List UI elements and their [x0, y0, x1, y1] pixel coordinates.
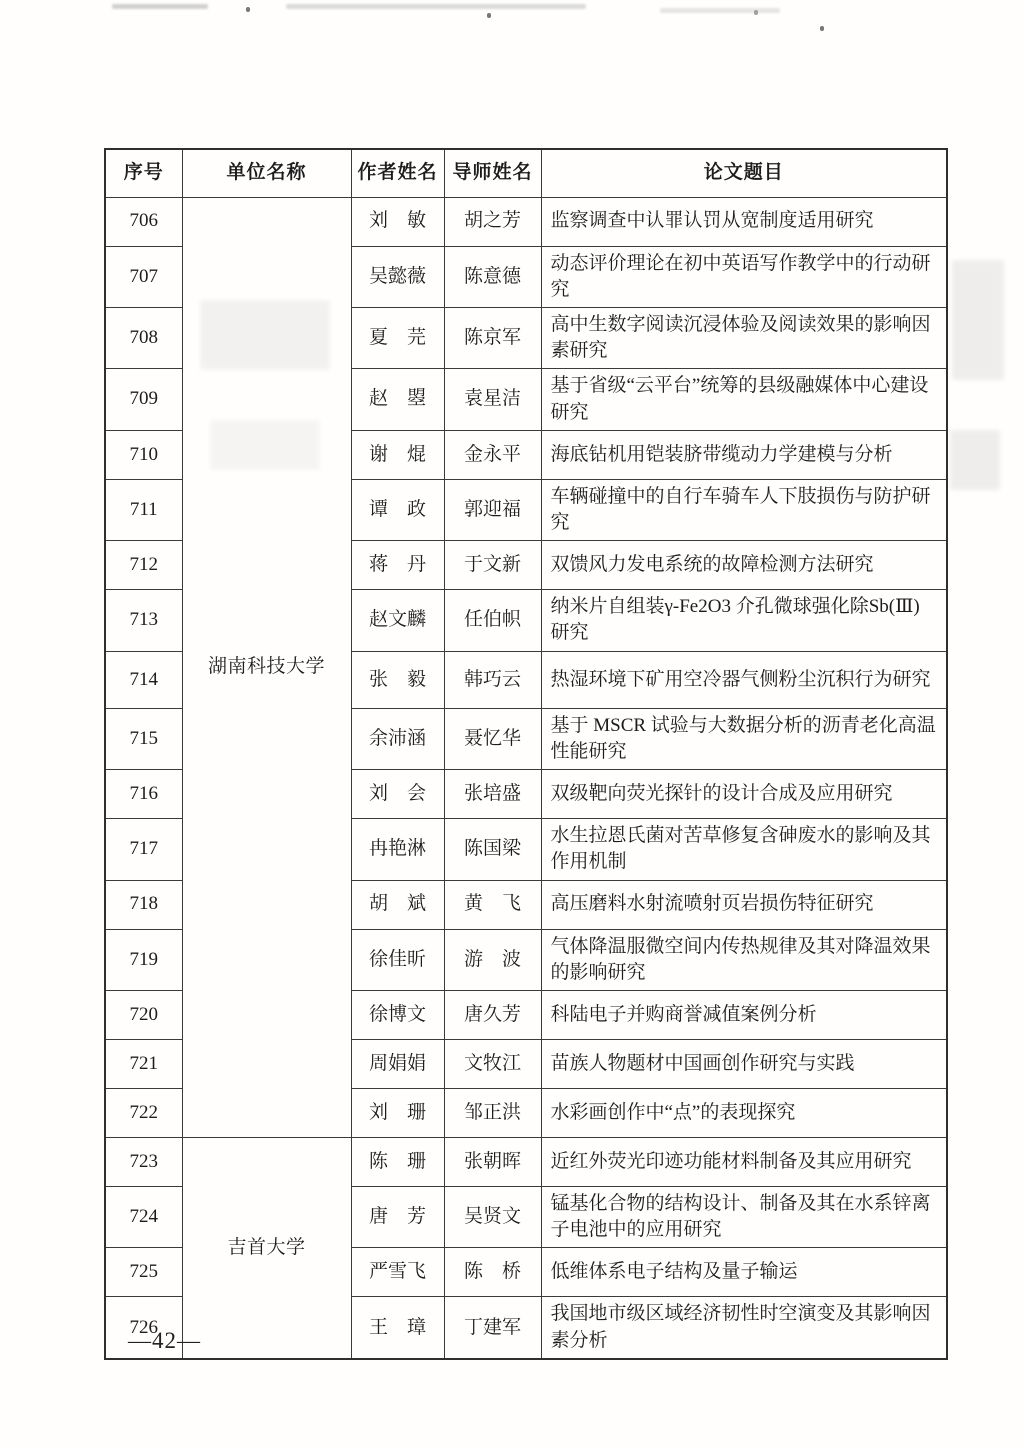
title-cell: 热湿环境下矿用空冷器气侧粉尘沉积行为研究	[541, 651, 947, 708]
author-cell: 张 毅	[351, 651, 444, 708]
advisor-cell: 黄 飞	[444, 880, 541, 929]
author-cell: 刘 敏	[351, 197, 444, 246]
author-cell: 夏 芫	[351, 307, 444, 368]
advisor-cell: 吴贤文	[444, 1187, 541, 1248]
advisor-cell: 袁星洁	[444, 369, 541, 430]
title-cell: 气体降温服微空间内传热规律及其对降温效果的影响研究	[541, 929, 947, 990]
row-number-cell: 721	[105, 1040, 182, 1089]
row-number-cell: 720	[105, 991, 182, 1040]
advisor-cell: 胡之芳	[444, 197, 541, 246]
row-number-cell: 715	[105, 708, 182, 769]
row-number-cell: 713	[105, 590, 182, 651]
title-cell: 苗族人物题材中国画创作研究与实践	[541, 1040, 947, 1089]
scanned-document-page: 序号 单位名称 作者姓名 导师姓名 论文题目 706 湖南科技大学 刘 敏 胡之…	[0, 0, 1024, 1448]
author-cell: 陈 珊	[351, 1138, 444, 1187]
row-number-cell: 707	[105, 246, 182, 307]
row-number-cell: 722	[105, 1089, 182, 1138]
scan-dot	[754, 10, 758, 15]
title-cell: 低维体系电子结构及量子输运	[541, 1248, 947, 1297]
row-number-cell: 725	[105, 1248, 182, 1297]
row-number-cell: 708	[105, 307, 182, 368]
author-cell: 谢 焜	[351, 430, 444, 479]
row-number-cell: 706	[105, 197, 182, 246]
row-number-cell: 714	[105, 651, 182, 708]
scan-dot	[246, 7, 250, 12]
author-cell: 刘 珊	[351, 1089, 444, 1138]
title-cell: 监察调查中认罪认罚从宽制度适用研究	[541, 197, 947, 246]
author-cell: 刘 会	[351, 770, 444, 819]
author-cell: 余沛涵	[351, 708, 444, 769]
advisor-cell: 金永平	[444, 430, 541, 479]
advisor-cell: 邹正洪	[444, 1089, 541, 1138]
row-number-cell: 709	[105, 369, 182, 430]
advisor-cell: 陈京军	[444, 307, 541, 368]
advisor-cell: 于文新	[444, 541, 541, 590]
advisor-cell: 陈国梁	[444, 819, 541, 880]
scan-smear	[286, 4, 586, 9]
title-cell: 基于省级“云平台”统筹的县级融媒体中心建设研究	[541, 369, 947, 430]
page-number: —42—	[128, 1328, 201, 1354]
advisor-cell: 陈意德	[444, 246, 541, 307]
advisor-cell: 任伯帜	[444, 590, 541, 651]
title-cell: 高压磨料水射流喷射页岩损伤特征研究	[541, 880, 947, 929]
advisor-cell: 张朝晖	[444, 1138, 541, 1187]
header-author: 作者姓名	[351, 149, 444, 197]
row-number-cell: 718	[105, 880, 182, 929]
row-number-cell: 724	[105, 1187, 182, 1248]
advisor-cell: 韩巧云	[444, 651, 541, 708]
author-cell: 蒋 丹	[351, 541, 444, 590]
title-cell: 锰基化合物的结构设计、制备及其在水系锌离子电池中的应用研究	[541, 1187, 947, 1248]
author-cell: 赵 曌	[351, 369, 444, 430]
title-cell: 纳米片自组装γ-Fe2O3 介孔微球强化除Sb(Ⅲ)研究	[541, 590, 947, 651]
advisor-cell: 丁建军	[444, 1297, 541, 1359]
header-no: 序号	[105, 149, 182, 197]
bleedthrough-ghost	[952, 260, 1004, 380]
row-number-cell: 711	[105, 479, 182, 540]
title-cell: 高中生数字阅读沉浸体验及阅读效果的影响因素研究	[541, 307, 947, 368]
header-advisor: 导师姓名	[444, 149, 541, 197]
title-cell: 我国地市级区域经济韧性时空演变及其影响因素分析	[541, 1297, 947, 1359]
title-cell: 水生拉恩氏菌对苦草修复含砷废水的影响及其作用机制	[541, 819, 947, 880]
advisor-cell: 聂忆华	[444, 708, 541, 769]
advisor-cell: 张培盛	[444, 770, 541, 819]
author-cell: 徐博文	[351, 991, 444, 1040]
author-cell: 吴懿薇	[351, 246, 444, 307]
advisor-cell: 陈 桥	[444, 1248, 541, 1297]
title-cell: 双级靶向荧光探针的设计合成及应用研究	[541, 770, 947, 819]
scan-smear	[112, 4, 208, 9]
title-cell: 双馈风力发电系统的故障检测方法研究	[541, 541, 947, 590]
author-cell: 冉艳淋	[351, 819, 444, 880]
title-cell: 基于 MSCR 试验与大数据分析的沥青老化高温性能研究	[541, 708, 947, 769]
table-row: 706 湖南科技大学 刘 敏 胡之芳 监察调查中认罪认罚从宽制度适用研究	[105, 197, 947, 246]
header-title: 论文题目	[541, 149, 947, 197]
row-number-cell: 716	[105, 770, 182, 819]
unit-cell-hnust: 湖南科技大学	[182, 197, 351, 1138]
table-header-row: 序号 单位名称 作者姓名 导师姓名 论文题目	[105, 149, 947, 197]
scan-smear	[660, 8, 780, 13]
author-cell: 胡 斌	[351, 880, 444, 929]
thesis-table: 序号 单位名称 作者姓名 导师姓名 论文题目 706 湖南科技大学 刘 敏 胡之…	[104, 148, 948, 1360]
author-cell: 赵文麟	[351, 590, 444, 651]
title-cell: 动态评价理论在初中英语写作教学中的行动研究	[541, 246, 947, 307]
title-cell: 水彩画创作中“点”的表现探究	[541, 1089, 947, 1138]
author-cell: 周娟娟	[351, 1040, 444, 1089]
bleedthrough-ghost	[950, 430, 1000, 490]
scan-dot	[487, 13, 491, 18]
row-number-cell: 710	[105, 430, 182, 479]
advisor-cell: 游 波	[444, 929, 541, 990]
author-cell: 徐佳昕	[351, 929, 444, 990]
scan-dot	[820, 26, 824, 31]
title-cell: 海底钻机用铠装脐带缆动力学建模与分析	[541, 430, 947, 479]
row-number-cell: 723	[105, 1138, 182, 1187]
row-number-cell: 717	[105, 819, 182, 880]
author-cell: 谭 政	[351, 479, 444, 540]
advisor-cell: 郭迎福	[444, 479, 541, 540]
author-cell: 唐 芳	[351, 1187, 444, 1248]
author-cell: 严雪飞	[351, 1248, 444, 1297]
title-cell: 科陆电子并购商誉减值案例分析	[541, 991, 947, 1040]
header-unit: 单位名称	[182, 149, 351, 197]
title-cell: 车辆碰撞中的自行车骑车人下肢损伤与防护研究	[541, 479, 947, 540]
title-cell: 近红外荧光印迹功能材料制备及其应用研究	[541, 1138, 947, 1187]
table-row: 723 吉首大学 陈 珊 张朝晖 近红外荧光印迹功能材料制备及其应用研究	[105, 1138, 947, 1187]
row-number-cell: 719	[105, 929, 182, 990]
advisor-cell: 文牧江	[444, 1040, 541, 1089]
author-cell: 王 璋	[351, 1297, 444, 1359]
row-number-cell: 712	[105, 541, 182, 590]
advisor-cell: 唐久芳	[444, 991, 541, 1040]
unit-cell-jsu: 吉首大学	[182, 1138, 351, 1359]
